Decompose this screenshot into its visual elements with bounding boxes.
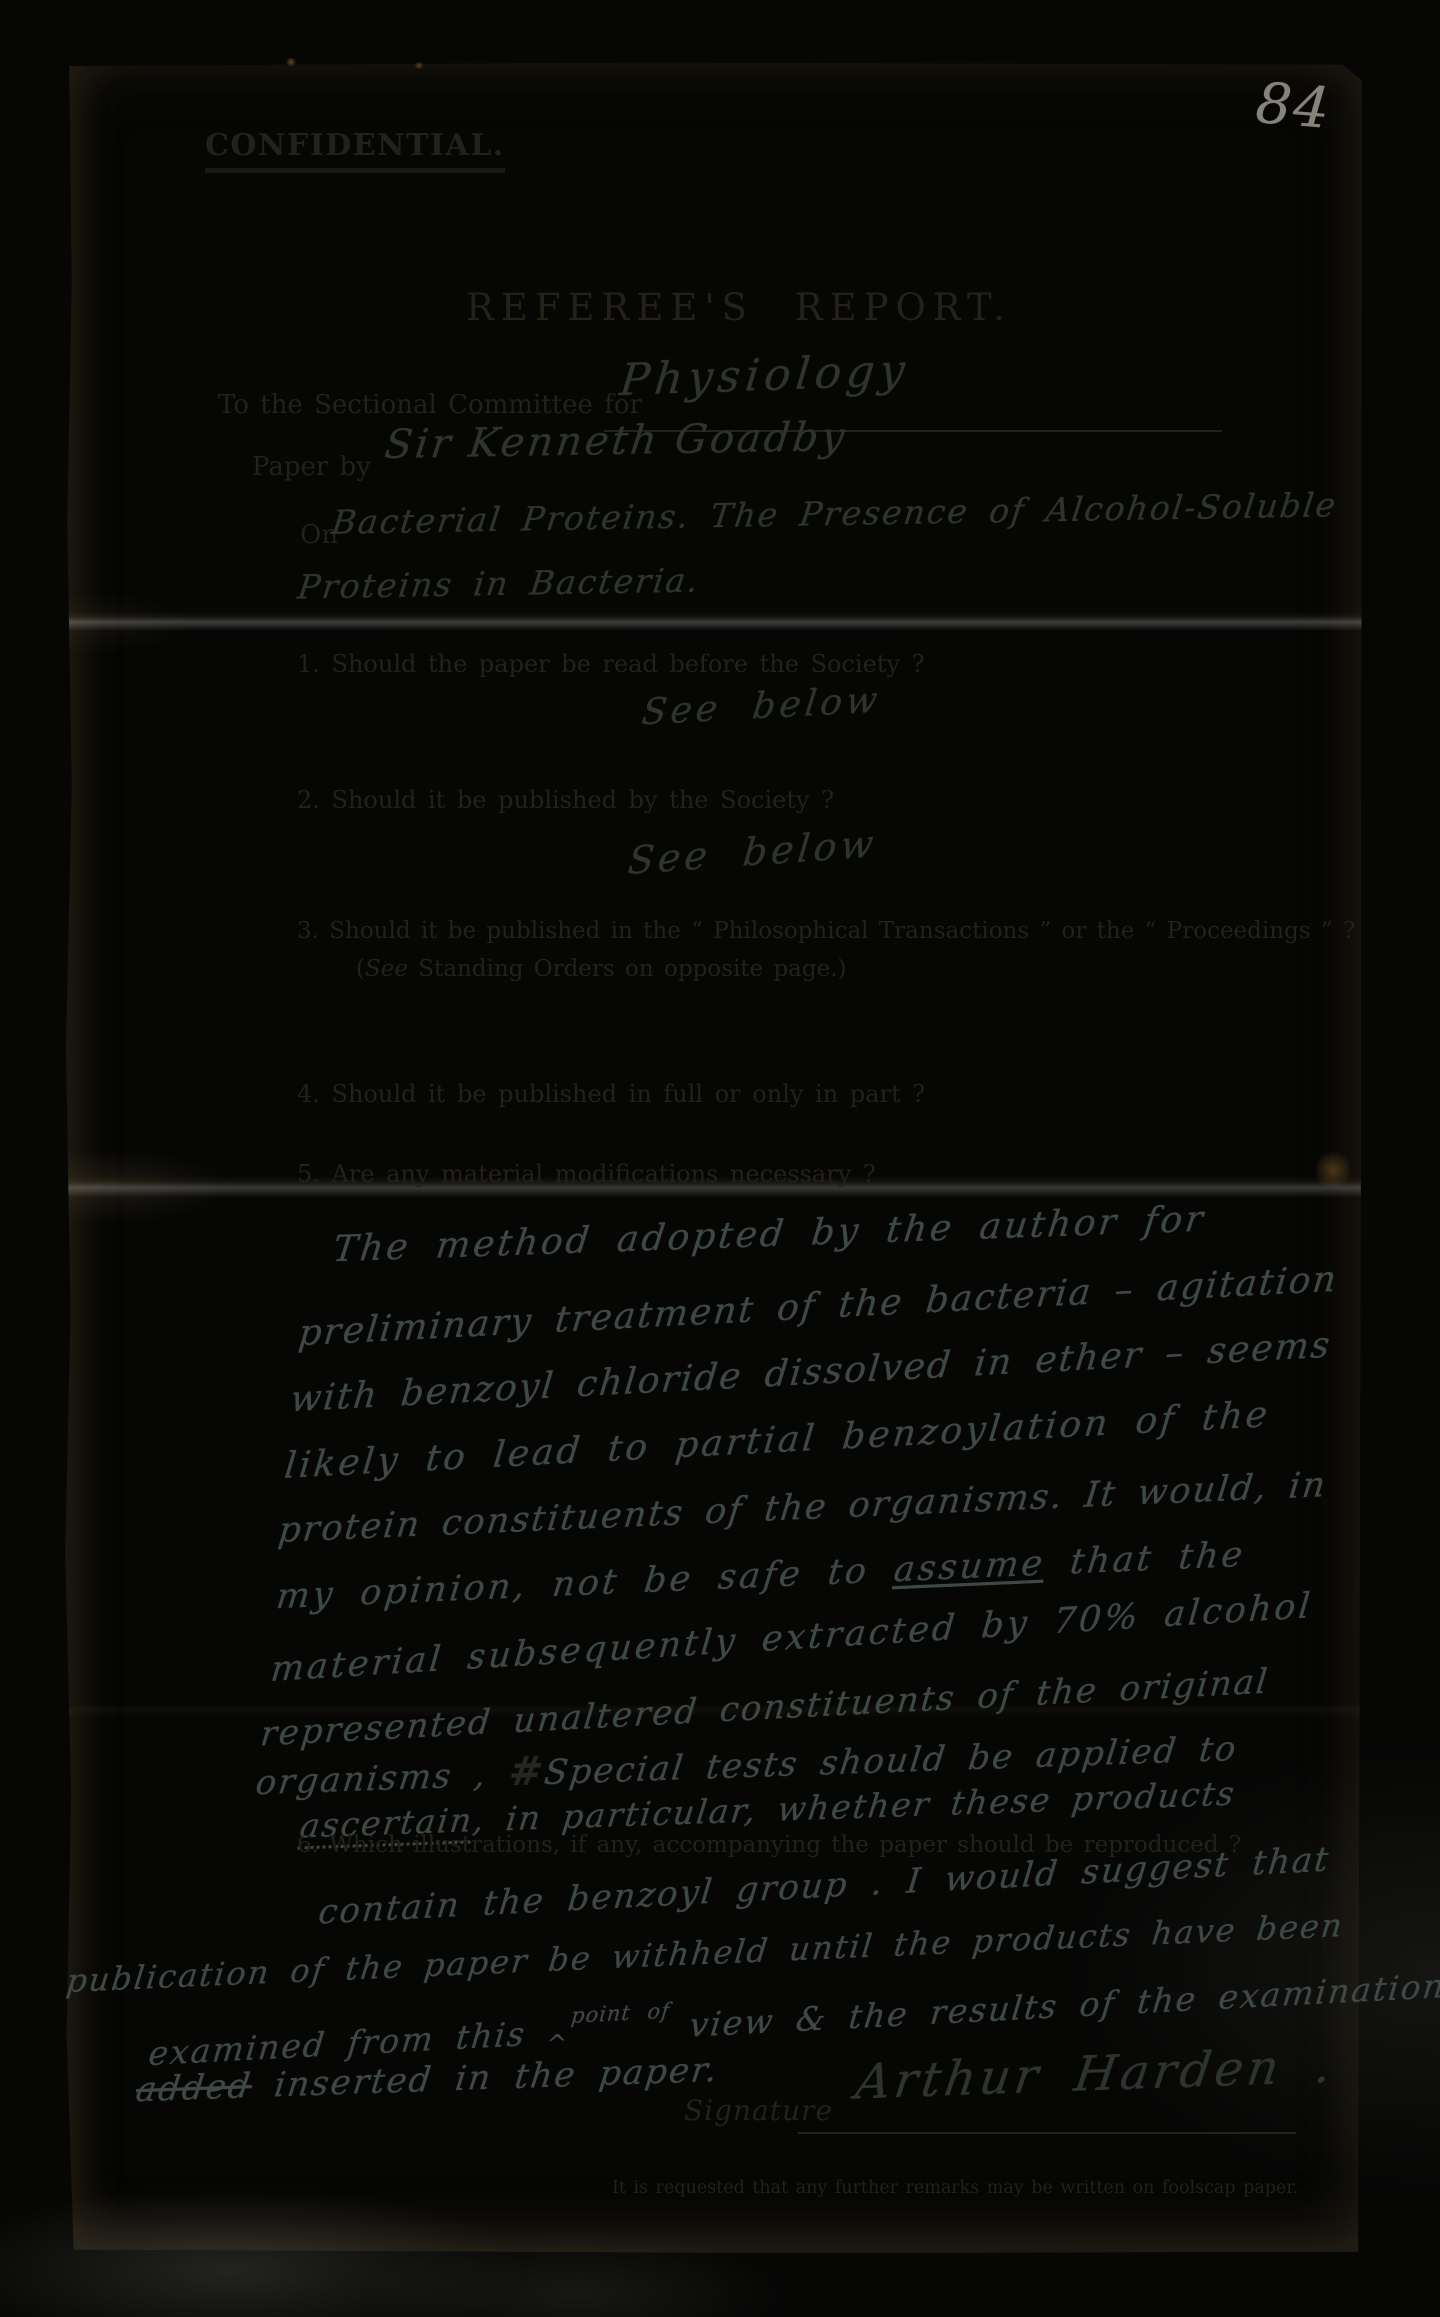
signature-label: Signature xyxy=(684,2094,833,2127)
on-value-line-2: Proteins in Bacteria. xyxy=(296,560,703,606)
note-see-italic: See xyxy=(365,956,408,982)
question-3-note: (See Standing Orders on opposite page.) xyxy=(356,956,847,982)
insertion-mark: # xyxy=(506,1747,547,1795)
report-title: REFEREE'S REPORT. xyxy=(466,286,1012,329)
signature-rule xyxy=(798,2132,1296,2134)
committee-value: Physiology xyxy=(617,345,912,406)
question-5: 5. Are any material modifications necess… xyxy=(297,1160,876,1188)
note-open: ( xyxy=(356,956,365,982)
caret-mark: ^ xyxy=(545,2029,570,2058)
q6-line4-struck-word: added xyxy=(134,2066,255,2110)
footer-note: It is requested that any further remarks… xyxy=(612,2178,1298,2198)
question-2: 2. Should it be published by the Society… xyxy=(297,786,834,814)
folio-number: 84 xyxy=(1253,71,1334,142)
question-3: 3. Should it be published in the “ Philo… xyxy=(297,918,1355,944)
note-rest: Standing Orders on opposite page.) xyxy=(408,956,847,982)
confidential-stamp: CONFIDENTIAL. xyxy=(205,128,505,173)
question-4: 4. Should it be published in full or onl… xyxy=(297,1080,925,1108)
paper-by-label: Paper by xyxy=(252,452,371,482)
q5-line9-pre: organisms , xyxy=(254,1754,512,1803)
committee-label: To the Sectional Committee for xyxy=(218,390,642,420)
photograph-background: 84 CONFIDENTIAL. REFEREE'S REPORT. To th… xyxy=(0,0,1440,2317)
q5-line6-underlined-word: assume xyxy=(892,1543,1048,1590)
q6-line3-inserted-words: point of xyxy=(570,1999,671,2028)
paper-by-value: Sir Kenneth Goadby xyxy=(382,414,850,468)
question-1: 1. Should the paper be read before the S… xyxy=(297,650,925,678)
